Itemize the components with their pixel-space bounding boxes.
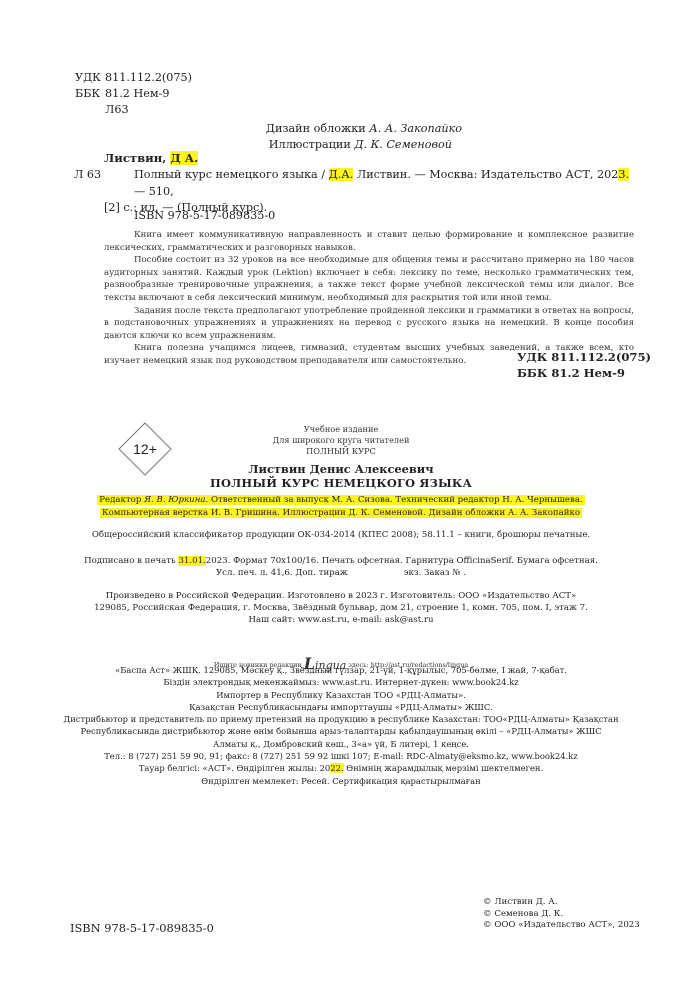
staff-credits: Редактор Я. В. Юркина. Ответственный за … — [0, 494, 682, 519]
abstract-paragraph: Книга имеет коммуникативную направленнос… — [104, 229, 634, 254]
print-sheets: Усл. печ. л. 41,6. Доп. тиражэкз. Заказ … — [0, 568, 682, 578]
udk-label: УДК — [75, 70, 105, 86]
bbk-label: ББК — [75, 86, 105, 102]
footer-isbn: ISBN 978-5-17-089835-0 — [70, 921, 214, 935]
copyrights: © Листвин Д. А. © Семенова Д. К. © ООО «… — [483, 897, 640, 932]
bbk-bold: ББК 81.2 Нем-9 — [517, 365, 651, 381]
catalog-author: Листвин, Д А. — [104, 151, 198, 165]
manufacturer-info: Произведено в Российской Федерации. Изго… — [0, 590, 682, 626]
udk-value: 811.112.2(075) — [105, 70, 192, 86]
highlight: 3. — [618, 168, 629, 181]
book-title: ПОЛНЫЙ КУРС НЕМЕЦКОГО ЯЗЫКА — [0, 476, 682, 491]
bbk-value: 81.2 Нем-9 — [105, 86, 169, 102]
product-classifier: Общероссийский классификатор продукции О… — [0, 530, 682, 540]
edition-audience: Для широкого круга читателей — [0, 435, 682, 446]
catalog-isbn: ISBN 978-5-17-089835-0 — [134, 209, 275, 222]
highlight: 31.01. — [178, 556, 205, 566]
author-mark: Л63 — [105, 102, 129, 118]
highlight: 22. — [330, 763, 343, 773]
highlight: Д А. — [170, 151, 198, 165]
cover-design-credit: Дизайн обложки А. А. Закопайко — [0, 121, 682, 137]
credits: Дизайн обложки А. А. Закопайко Иллюстрац… — [0, 121, 682, 153]
classification-block: УДК811.112.2(075) ББК81.2 Нем-9 Л63 — [75, 70, 192, 118]
classification-bold: УДК 811.112.2(075) ББК 81.2 Нем-9 — [517, 349, 651, 381]
edition-info: Учебное издание Для широкого круга читат… — [0, 424, 682, 457]
highlight: Д.А. — [329, 168, 354, 181]
highlight: Компьютерная верстка И. В. Гришина. Иллю… — [100, 508, 582, 518]
catalog-code: Л 63 — [74, 167, 101, 184]
abstract-paragraph: Пособие состоит из 32 уроков на все необ… — [104, 254, 634, 304]
kazakhstan-info: «Баспа Аст» ЖШҚ. 129085, Мәскеу қ., Звёз… — [0, 664, 682, 787]
illustrations-credit: Иллюстрации Д. К. Семеновой — [0, 137, 682, 153]
site-contact: Наш сайт: www.ast.ru, e-mail: ask@ast.ru — [0, 614, 682, 626]
highlight: Редактор Я. В. Юркина. Ответственный за … — [97, 495, 584, 505]
edition-series: ПОЛНЫЙ КУРС — [0, 446, 682, 457]
print-info: Подписано в печать 31.01.2023. Формат 70… — [0, 556, 682, 566]
catalog-line-1: Полный курс немецкого языка / Д.А. Листв… — [74, 167, 634, 200]
edition-type: Учебное издание — [0, 424, 682, 435]
abstract-paragraph: Задания после текста предполагают употре… — [104, 305, 634, 343]
author-full-name: Листвин Денис Алексеевич — [0, 462, 682, 477]
udk-bold: УДК 811.112.2(075) — [517, 349, 651, 365]
trademark-line: Тауар белгісі: «АСТ». Өндірілген жылы: 2… — [0, 762, 682, 774]
abstract: Книга имеет коммуникативную направленнос… — [104, 229, 634, 368]
